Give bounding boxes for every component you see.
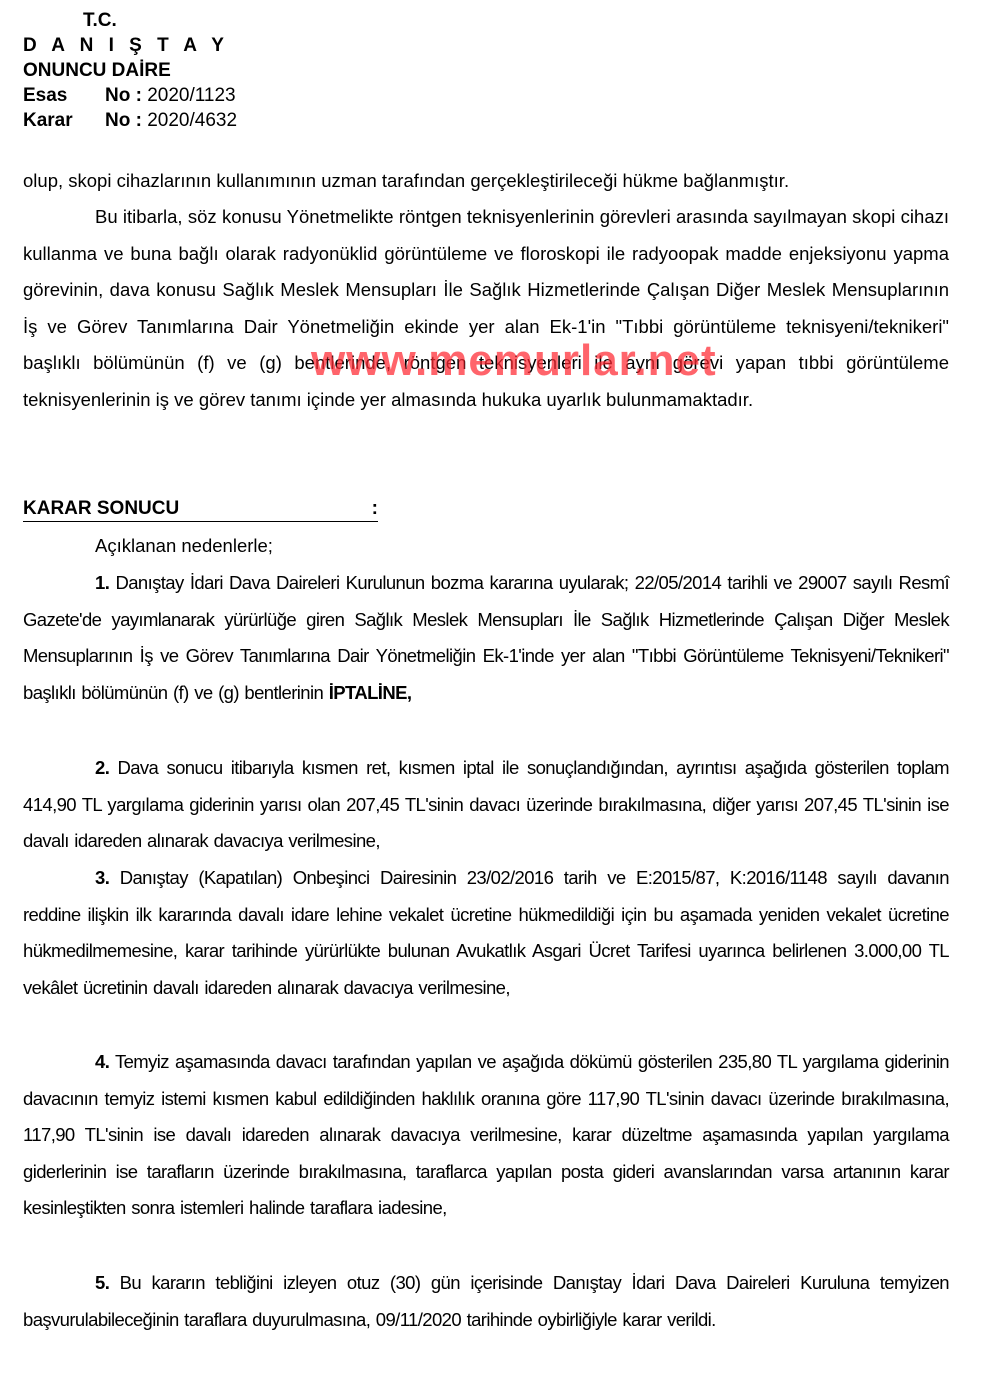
paragraph-1: olup, skopi cihazlarının kullanımının uz…	[23, 163, 949, 200]
decision-item-1: 1. Danıştay İdari Dava Daireleri Kurulun…	[23, 565, 949, 711]
republic-label: T.C.	[23, 8, 237, 33]
esas-number: 2020/1123	[147, 83, 235, 108]
item-number: 3.	[95, 867, 109, 888]
decision-section-title: KARAR SONUCU :	[23, 497, 378, 522]
paragraph-2-text: Bu itibarla, söz konusu Yönetmelikte rön…	[23, 206, 949, 410]
item-text: Dava sonucu itibarıyla kısmen ret, kısme…	[23, 757, 949, 851]
karar-label: Karar	[23, 108, 105, 133]
decision-item-4: 4. Temyiz aşamasında davacı tarafından y…	[23, 1044, 949, 1227]
item-text: Danıştay İdari Dava Daireleri Kurulunun …	[23, 572, 949, 703]
decision-item-2: 2. Dava sonucu itibarıyla kısmen ret, kı…	[23, 750, 949, 860]
decision-item-3: 3. Danıştay (Kapatılan) Onbeşinci Daires…	[23, 860, 949, 1006]
document-header: T.C. D A N I Ş T A Y ONUNCU DAİRE Esas N…	[23, 8, 237, 133]
decision-intro: Açıklanan nedenlerle;	[23, 528, 949, 565]
item-bold-verdict: İPTALİNE,	[329, 682, 412, 703]
esas-no-label: No :	[105, 83, 142, 108]
decision-item-5: 5. Bu kararın tebliğini izleyen otuz (30…	[23, 1265, 949, 1338]
decision-intro-text: Açıklanan nedenlerle;	[95, 535, 273, 556]
paragraph-1-text: olup, skopi cihazlarının kullanımının uz…	[23, 170, 789, 191]
karar-number: 2020/4632	[147, 108, 237, 133]
item-number: 4.	[95, 1051, 109, 1072]
chamber-name: ONUNCU DAİRE	[23, 58, 237, 83]
item-text: Danıştay (Kapatılan) Onbeşinci Dairesini…	[23, 867, 949, 998]
item-text: Bu kararın tebliğini izleyen otuz (30) g…	[23, 1272, 949, 1330]
karar-no-label: No :	[105, 108, 142, 133]
item-text: Temyiz aşamasında davacı tarafından yapı…	[23, 1051, 949, 1218]
item-number: 2.	[95, 757, 109, 778]
decision-title-text: KARAR SONUCU	[23, 497, 179, 521]
item-number: 5.	[95, 1272, 109, 1293]
item-number: 1.	[95, 572, 109, 593]
esas-row: Esas No : 2020/1123	[23, 83, 237, 108]
esas-label: Esas	[23, 83, 105, 108]
court-name: D A N I Ş T A Y	[23, 33, 237, 58]
decision-title-colon: :	[372, 497, 378, 521]
paragraph-2: Bu itibarla, söz konusu Yönetmelikte rön…	[23, 199, 949, 419]
karar-row: Karar No : 2020/4632	[23, 108, 237, 133]
